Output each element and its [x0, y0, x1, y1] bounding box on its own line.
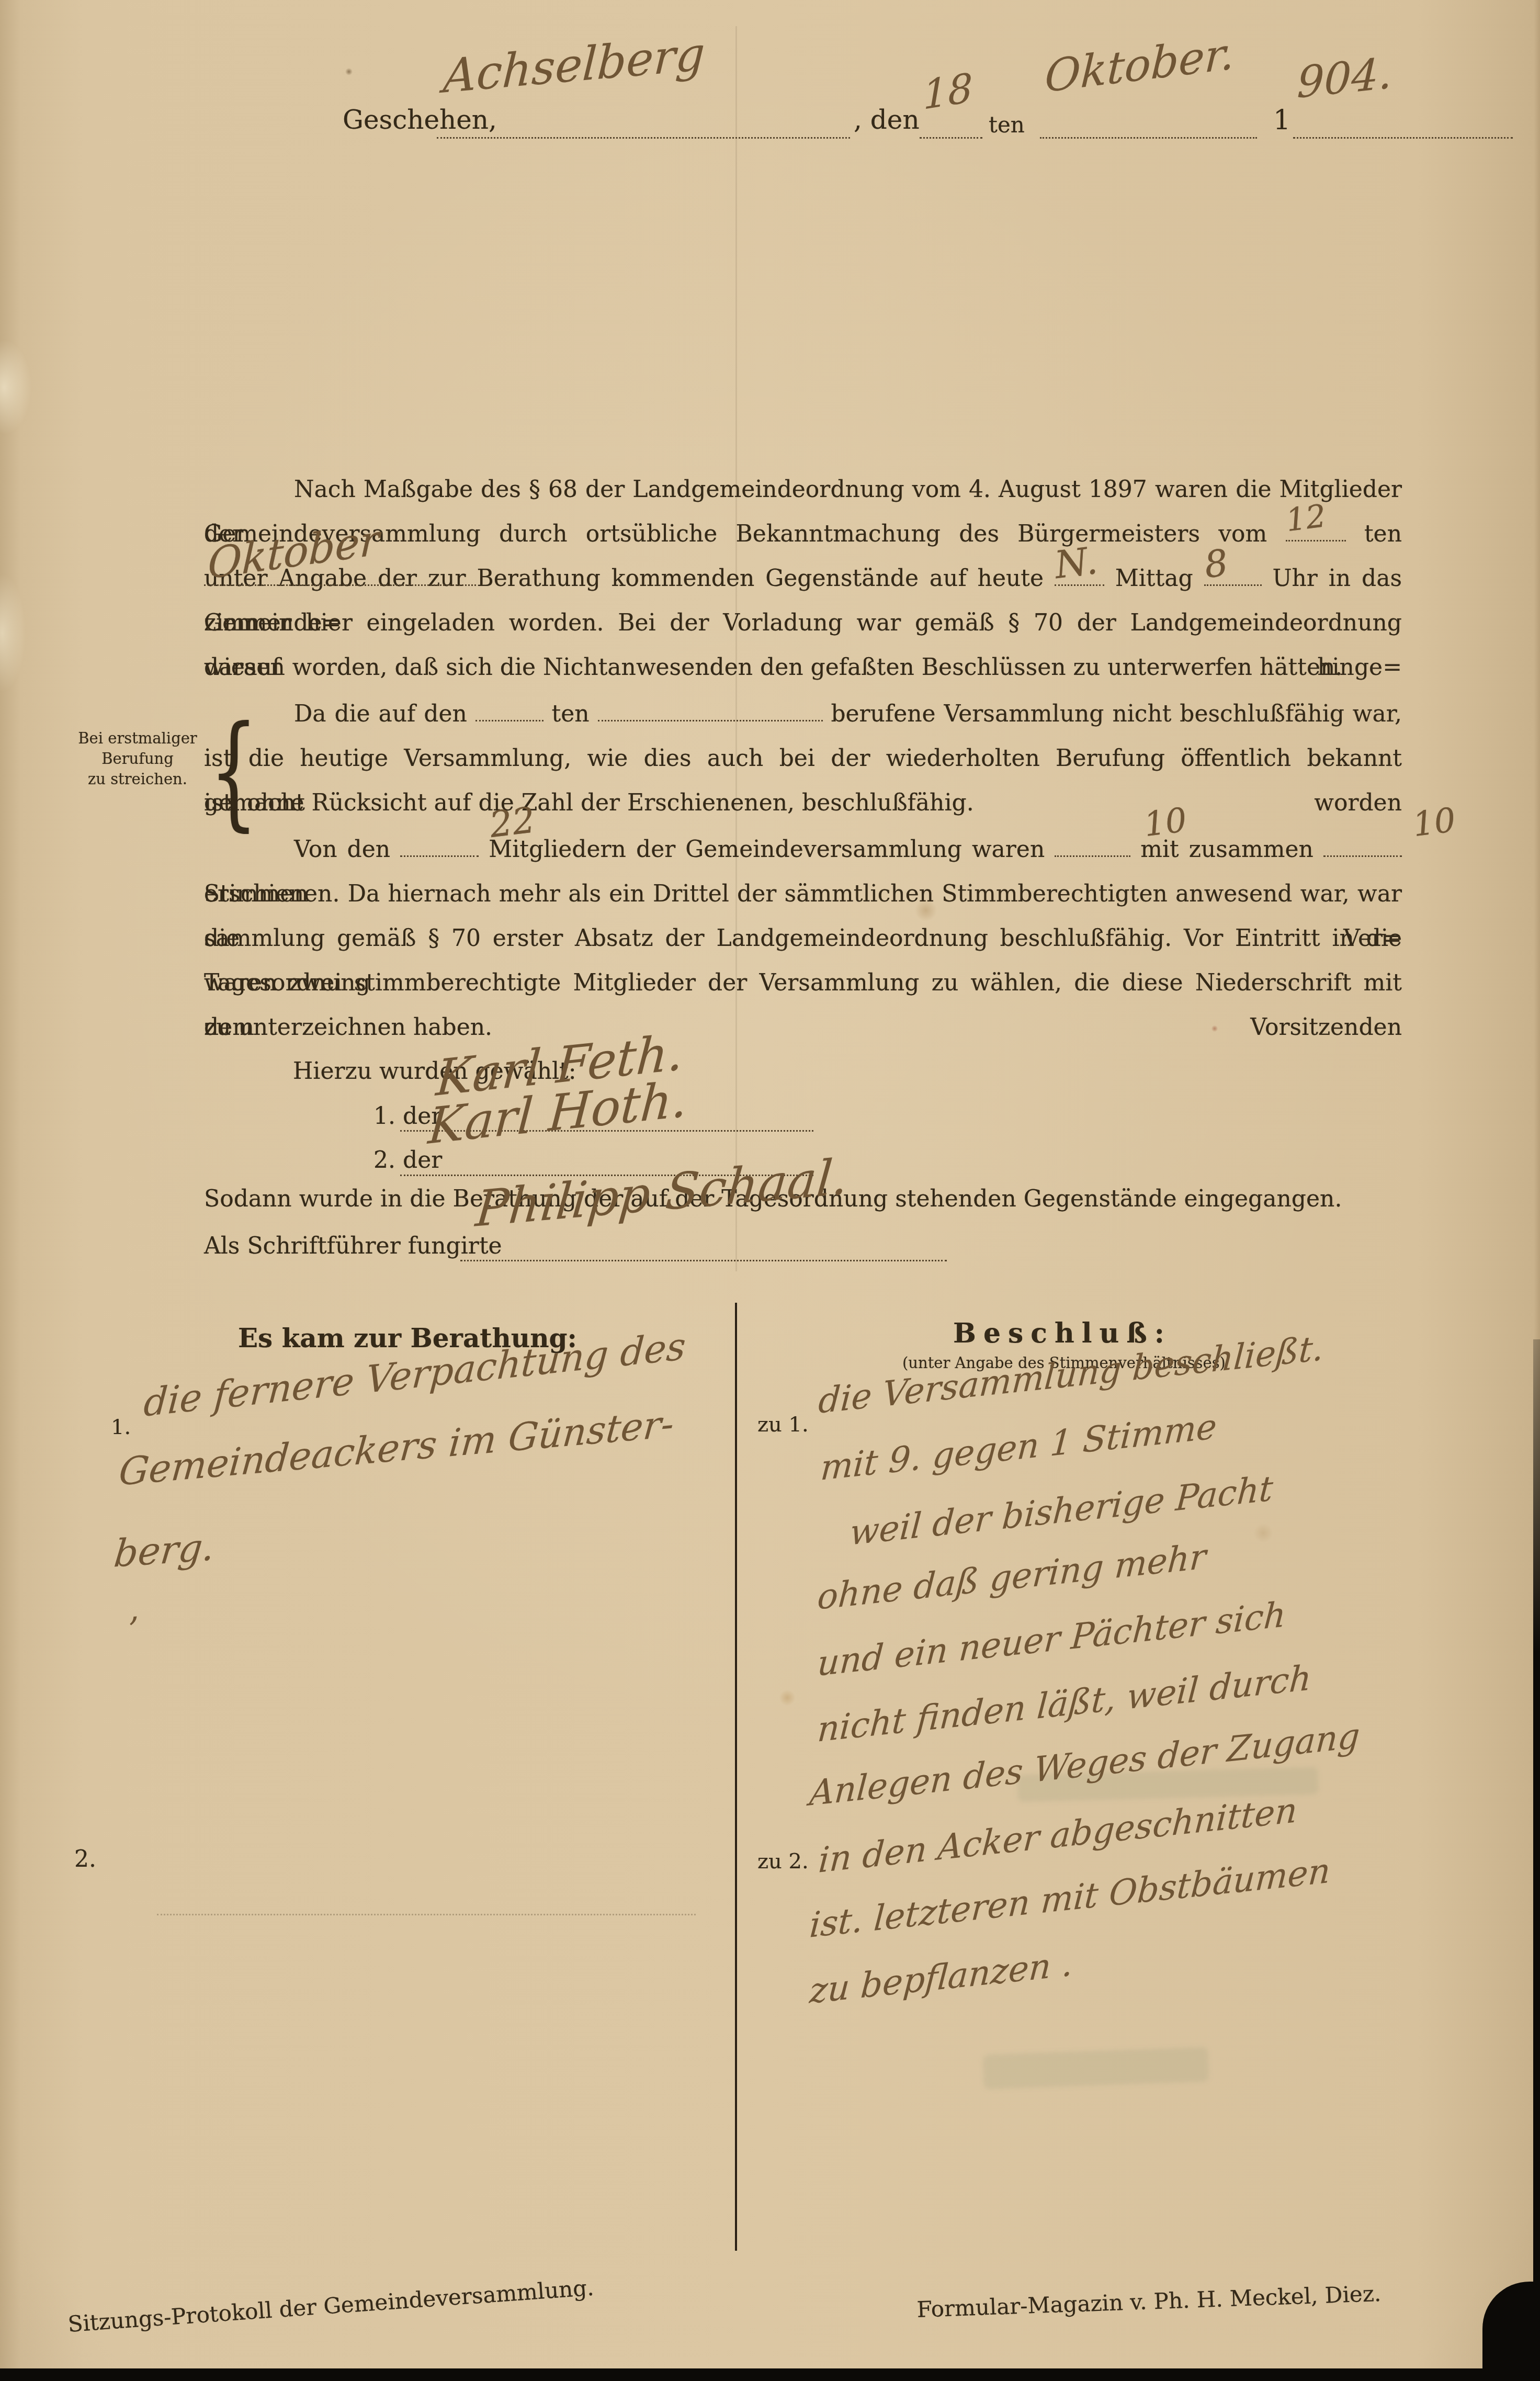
empty-day-blank [475, 703, 543, 721]
paragraph-line: waren zwei stimmberechtigte Mitglieder d… [204, 961, 1402, 1005]
margin-note: Bei erstmaliger Berufung zu streichen. [67, 728, 208, 789]
scan-edge-right [1533, 1339, 1540, 2381]
place-blank-line [437, 137, 850, 139]
handwriting-day-of-month: 12 [1283, 494, 1328, 543]
handwriting-stray-mark: , [127, 1590, 141, 1629]
handwriting-resolution-line: mit 9. gegen 1 Stimme [819, 1406, 1218, 1488]
clerk-blank-line [460, 1260, 947, 1261]
daytime-blank: N. [1055, 568, 1104, 586]
day-blank: 12 [1286, 523, 1346, 541]
handwriting-year: 904. [1296, 48, 1393, 108]
paragraph-text: ten [1364, 521, 1402, 547]
paragraph-text: Da die auf den [294, 701, 467, 727]
agenda-item-1-number: 1. [111, 1415, 131, 1439]
handwriting-resolution-line: weil der bisherige Pacht [848, 1468, 1274, 1553]
handwriting-place: Achselberg [442, 26, 706, 104]
votes-blank: 10 [1323, 839, 1402, 857]
paragraph-text: Von den [294, 836, 390, 863]
paragraph-line: Von den 22 Mitgliedern der Gemeindeversa… [204, 827, 1402, 872]
paragraph-line: ist die heutige Versammlung, wie dies au… [204, 736, 1402, 781]
scanned-document-page: Geschehen, Achselberg , den 18 ten Oktob… [0, 0, 1540, 2381]
handwriting-resolution-line: zu bepflanzen . [808, 1943, 1074, 2012]
footer-printer-imprint: Formular-Magazin v. Ph. H. Meckel, Diez. [916, 2281, 1382, 2322]
den-label: , den [854, 105, 920, 135]
margin-note-line: Bei erstmaliger [67, 728, 208, 749]
paragraph-text: ten [552, 701, 590, 727]
paragraph-line: wiesen worden, daß sich die Nichtanwesen… [204, 645, 1402, 690]
members-blank: 22 [400, 839, 479, 857]
handwriting-agenda-item-1-line: berg. [112, 1525, 217, 1576]
margin-note-line: zu streichen. [67, 769, 208, 789]
column-divider [735, 1303, 737, 2251]
handwriting-clerk-name: Philipp Schaal. [473, 1148, 851, 1238]
paragraph-text: Mittag [1115, 565, 1193, 592]
agenda-item-2-number: 2. [74, 1846, 96, 1872]
paragraph-line: Nach Maßgabe des § 68 der Landgemeindeor… [204, 467, 1402, 512]
margin-note-line: Berufung [67, 749, 208, 769]
paragraph-line: sammlung gemäß § 70 erster Absatz der La… [204, 916, 1402, 961]
year-blank-line [1293, 137, 1513, 139]
paragraph-text: berufene Versammlung nicht beschlußfähig… [831, 701, 1402, 727]
paragraph-line: zimmer hier eingeladen worden. Bei der V… [204, 601, 1402, 645]
day-blank-line [920, 137, 982, 139]
month-blank-line [1040, 137, 1257, 139]
empty-month-blank [598, 703, 823, 721]
left-column-faint-rule [157, 1914, 696, 1915]
paragraph-convocation: Nach Maßgabe des § 68 der Landgemeindeor… [204, 467, 1402, 690]
paragraph-line: Da die auf den ten berufene Versammlung … [251, 692, 1402, 736]
resolution-1-number: zu 1. [757, 1413, 809, 1437]
scan-edge-bottom [0, 2368, 1540, 2381]
paragraph-quorum-clause: Da die auf den ten berufene Versammlung … [251, 692, 1402, 825]
year-prefix: 1 [1273, 105, 1290, 136]
footer-form-title: Sitzungs-Protokoll der Gemeindeversammlu… [67, 2275, 595, 2337]
paragraph-attendance: Von den 22 Mitgliedern der Gemeindeversa… [204, 827, 1402, 1050]
geschehen-label: Geschehen, [343, 105, 497, 135]
handwriting-month: Oktober. [1044, 27, 1236, 103]
bleed-through-ghost [983, 2047, 1209, 2090]
clerk-label: Als Schriftführer fungirte [204, 1233, 502, 1259]
resolution-2-number: zu 2. [757, 1849, 809, 1874]
present-blank: 10 [1055, 839, 1130, 857]
hour-blank: 8 [1204, 568, 1262, 586]
handwriting-day: 18 [922, 64, 973, 119]
handwriting-hour: 8 [1202, 540, 1230, 588]
scan-corner-bottom-right [1482, 2282, 1540, 2381]
paragraph-text: Mitgliedern der Gemeindeversammlung ware… [489, 836, 1045, 863]
paragraph-line: erschienen. Da hiernach mehr als ein Dri… [204, 872, 1402, 916]
right-column-header: Beschluß: [953, 1317, 1172, 1349]
handwriting-daytime: N. [1052, 538, 1100, 588]
month-blank: Oktober [204, 568, 476, 586]
ten-label: ten [989, 112, 1025, 138]
